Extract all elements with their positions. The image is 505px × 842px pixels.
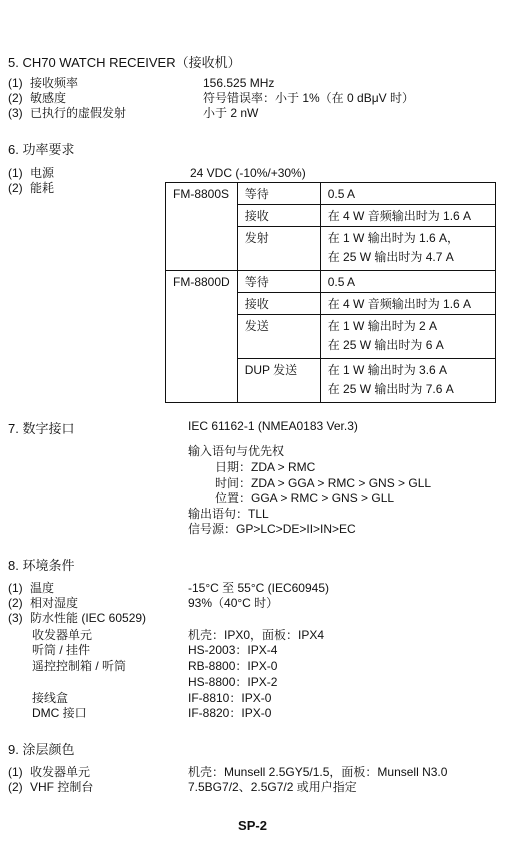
item-value: 小于 2 nW xyxy=(203,105,258,121)
item-number: (1) xyxy=(8,75,23,91)
spec-row: 时间：ZDA > GGA > RMC > GNS > GLL xyxy=(0,475,505,491)
sentence-line: 时间：ZDA > GGA > RMC > GNS > GLL xyxy=(215,475,431,491)
item-label: 防水性能 (IEC 60529) xyxy=(30,610,146,626)
item-value: -15°C 至 55°C (IEC60945) xyxy=(188,580,329,596)
item-number: (2) xyxy=(8,90,23,106)
item-number: (2) xyxy=(8,180,23,196)
section-8-heading: 8. 环境条件 xyxy=(8,555,74,574)
value-line: 在 1 W 输出时为 3.6 A xyxy=(328,361,488,380)
value-line: 在 1 W 输出时为 1.6 A， xyxy=(328,229,488,248)
power-consumption-table: FM-8800S 等待 0.5 A 接收 在 4 W 音频输出时为 1.6 A … xyxy=(165,182,496,403)
item-label: 敏感度 xyxy=(30,90,66,106)
item-label: 收发器单元 xyxy=(30,764,90,780)
table-cell-mode: 等待 xyxy=(237,183,320,205)
item-number: (1) xyxy=(8,764,23,780)
spec-row: (1) 电源 24 VDC (-10%/+30%) xyxy=(0,165,505,181)
table-row: FM-8800S 等待 0.5 A xyxy=(166,183,496,205)
item-label: 接线盒 xyxy=(32,690,68,706)
spec-row: (3) 已执行的虚假发射 小于 2 nW xyxy=(0,105,505,121)
table-cell-value: 在 4 W 音频输出时为 1.6 A xyxy=(320,205,495,227)
table-cell-value: 在 1 W 输出时为 1.6 A， 在 25 W 输出时为 4.7 A xyxy=(320,227,495,271)
item-value: IEC 61162-1 (NMEA0183 Ver.3) xyxy=(188,418,358,434)
spec-row: DMC 接口 IF-8820：IPX-0 xyxy=(0,705,505,721)
sentence-line: 输入语句与优先权 xyxy=(188,443,284,459)
spec-row: (2) 敏感度 符号错误率：小于 1%（在 0 dBμV 时） xyxy=(0,90,505,106)
spec-row: 日期：ZDA > RMC xyxy=(0,459,505,475)
spec-sheet-page: 5. CH70 WATCH RECEIVER（接收机） (1) 接收频率 156… xyxy=(0,0,505,842)
item-label: 相对湿度 xyxy=(30,595,78,611)
table-row: FM-8800D 等待 0.5 A xyxy=(166,271,496,293)
table-cell-value: 在 1 W 输出时为 2 A 在 25 W 输出时为 6 A xyxy=(320,315,495,359)
table-cell-value: 在 4 W 音频输出时为 1.6 A xyxy=(320,293,495,315)
spec-row: (2) 相对湿度 93%（40°C 时） xyxy=(0,595,505,611)
item-number: (3) xyxy=(8,610,23,626)
item-label: DMC 接口 xyxy=(32,705,87,721)
spec-row: 位置：GGA > RMC > GNS > GLL xyxy=(0,490,505,506)
item-value: 24 VDC (-10%/+30%) xyxy=(190,165,306,181)
sentence-line: 信号源：GP>LC>DE>II>IN>EC xyxy=(188,521,356,537)
item-label: 已执行的虚假发射 xyxy=(30,105,126,121)
item-label: 听筒 / 挂件 xyxy=(32,642,90,658)
item-number: (2) xyxy=(8,779,23,795)
item-value: HS-8800：IPX-2 xyxy=(188,674,277,690)
item-label: 温度 xyxy=(30,580,54,596)
item-value: 机壳：Munsell 2.5GY5/1.5，面板：Munsell N3.0 xyxy=(188,764,447,780)
spec-row: 输出语句：TLL xyxy=(0,506,505,522)
item-label: 能耗 xyxy=(30,180,54,196)
table-cell-model: FM-8800D xyxy=(166,271,238,403)
value-line: 在 25 W 输出时为 6 A xyxy=(328,336,488,355)
item-label: 遥控控制箱 / 听筒 xyxy=(32,658,126,674)
spec-row: (2) VHF 控制台 7.5BG7/2、2.5G7/2 或用户指定 xyxy=(0,779,505,795)
table-cell-value: 在 1 W 输出时为 3.6 A 在 25 W 输出时为 7.6 A xyxy=(320,359,495,403)
sentence-line: 日期：ZDA > RMC xyxy=(215,459,315,475)
section-9-heading: 9. 涂层颜色 xyxy=(8,739,74,758)
spec-row: 接线盒 IF-8810：IPX-0 xyxy=(0,690,505,706)
value-line: 在 1 W 输出时为 2 A xyxy=(328,317,488,336)
item-value: 机壳：IPX0，面板：IPX4 xyxy=(188,627,324,643)
item-label: 收发器单元 xyxy=(32,627,92,643)
spec-row: 遥控控制箱 / 听筒 RB-8800：IPX-0 xyxy=(0,658,505,674)
sentence-line: 位置：GGA > RMC > GNS > GLL xyxy=(215,490,394,506)
spec-row: (1) 温度 -15°C 至 55°C (IEC60945) xyxy=(0,580,505,596)
page-number: SP-2 xyxy=(0,818,505,833)
section-5-heading: 5. CH70 WATCH RECEIVER（接收机） xyxy=(8,52,241,71)
sentence-line: 输出语句：TLL xyxy=(188,506,269,522)
table-cell-model: FM-8800S xyxy=(166,183,238,271)
item-number: (1) xyxy=(8,580,23,596)
table-cell-mode: 发送 xyxy=(237,315,320,359)
table-cell-value: 0.5 A xyxy=(320,271,495,293)
item-value: 符号错误率：小于 1%（在 0 dBμV 时） xyxy=(203,90,414,106)
value-line: 在 25 W 输出时为 4.7 A xyxy=(328,248,488,267)
spec-row: (3) 防水性能 (IEC 60529) xyxy=(0,610,505,626)
section-6-heading: 6. 功率要求 xyxy=(8,139,74,158)
item-number: (1) xyxy=(8,165,23,181)
spec-row: 收发器单元 机壳：IPX0，面板：IPX4 xyxy=(0,627,505,643)
table-cell-mode: 等待 xyxy=(237,271,320,293)
spec-row: (1) 收发器单元 机壳：Munsell 2.5GY5/1.5，面板：Munse… xyxy=(0,764,505,780)
spec-row: 信号源：GP>LC>DE>II>IN>EC xyxy=(0,521,505,537)
table-cell-mode: 接收 xyxy=(237,205,320,227)
spec-row: HS-8800：IPX-2 xyxy=(0,674,505,690)
item-value: IF-8820：IPX-0 xyxy=(188,705,271,721)
table-cell-mode: 发射 xyxy=(237,227,320,271)
spec-row: 输入语句与优先权 xyxy=(0,443,505,459)
spec-row: 听筒 / 挂件 HS-2003：IPX-4 xyxy=(0,642,505,658)
item-value: IF-8810：IPX-0 xyxy=(188,690,271,706)
item-value: 93%（40°C 时） xyxy=(188,595,278,611)
item-value: RB-8800：IPX-0 xyxy=(188,658,277,674)
item-label: 电源 xyxy=(30,165,54,181)
item-label: VHF 控制台 xyxy=(30,779,93,795)
table-cell-value: 0.5 A xyxy=(320,183,495,205)
item-number: (3) xyxy=(8,105,23,121)
spec-row: IEC 61162-1 (NMEA0183 Ver.3) xyxy=(0,418,505,434)
item-label: 接收频率 xyxy=(30,75,78,91)
value-line: 在 25 W 输出时为 7.6 A xyxy=(328,380,488,399)
item-number: (2) xyxy=(8,595,23,611)
item-value: 7.5BG7/2、2.5G7/2 或用户指定 xyxy=(188,779,357,795)
item-value: HS-2003：IPX-4 xyxy=(188,642,277,658)
item-value: 156.525 MHz xyxy=(203,75,274,91)
table-cell-mode: DUP 发送 xyxy=(237,359,320,403)
table-cell-mode: 接收 xyxy=(237,293,320,315)
spec-row: (1) 接收频率 156.525 MHz xyxy=(0,75,505,91)
